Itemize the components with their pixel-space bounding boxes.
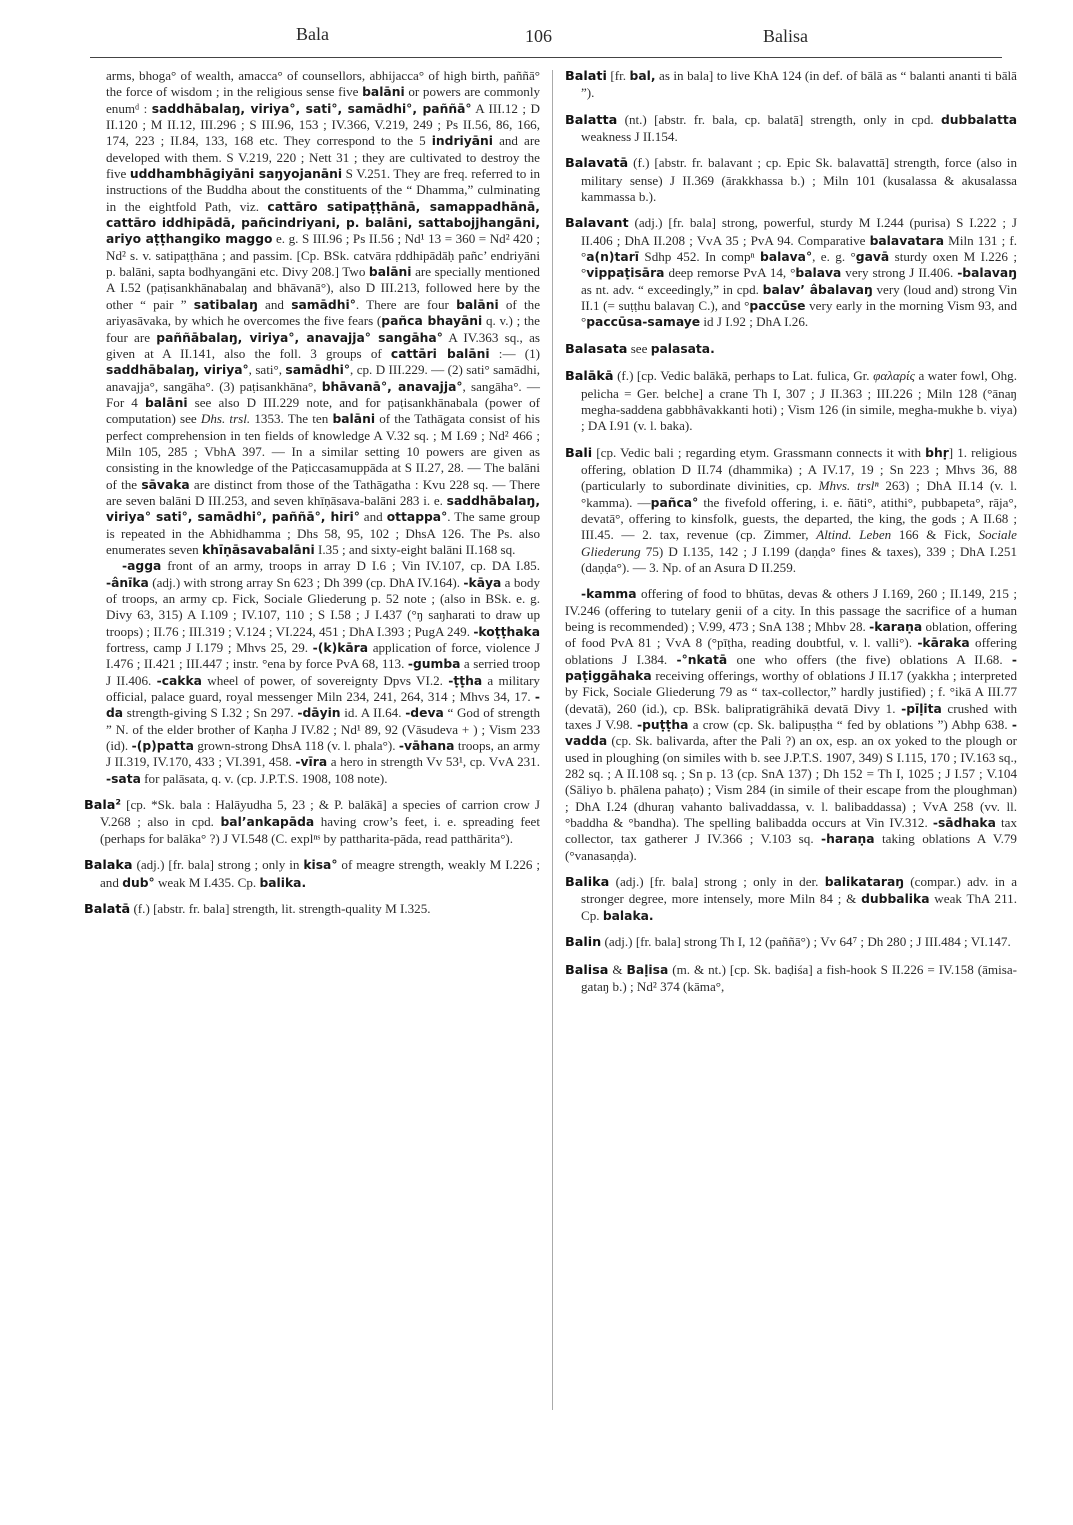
bold-term: dubbalatta bbox=[941, 113, 1017, 127]
dictionary-entry: Balisa & Baḷisa (m. & nt.) [cp. Sk. baḍi… bbox=[565, 962, 1017, 996]
bold-term: pañca° bbox=[651, 496, 699, 510]
bold-term: bal’ankapāda bbox=[221, 815, 315, 829]
compound-definition: grown-strong DhsA 118 (v. l. phala°). bbox=[194, 738, 399, 753]
compound-term: -haraṇa bbox=[821, 832, 875, 846]
bold-term: indriyāni bbox=[432, 134, 493, 148]
bold-term: uddhambhāgiyāni saŋyojanāni bbox=[130, 167, 342, 181]
text-run: (f.) [abstr. fr. bala] strength, lit. st… bbox=[130, 901, 430, 916]
text-run: weak M I.435. Cp. bbox=[155, 875, 260, 890]
text-run: 75) D I.135, 142 ; J I.199 (daṇḍa° fines… bbox=[581, 544, 1017, 575]
right-guide-word: Balisa bbox=[763, 26, 808, 47]
bold-term: paccūsa-samaye bbox=[586, 315, 700, 329]
text-run: [fr. bbox=[607, 68, 630, 83]
compound-definition: for palāsata, q. v. (cp. J.P.T.S. 1908, … bbox=[141, 771, 388, 786]
bold-term: balaka. bbox=[603, 909, 654, 923]
compound-definition: front of an army, troops in array D I.6 … bbox=[161, 558, 540, 573]
compound-term: -vīra bbox=[295, 755, 327, 769]
compound-definition: (adj.) with strong array Sn 623 ; Dh 399… bbox=[149, 575, 464, 590]
headword: Balākā bbox=[565, 369, 614, 384]
right-entries: Balati [fr. bal, as in bala] to live KhA… bbox=[565, 68, 1017, 995]
compound-term: -kamma bbox=[581, 587, 637, 601]
text-run: see bbox=[627, 341, 650, 356]
headword: Balisa bbox=[565, 963, 608, 978]
compounds-paragraph: -kamma offering of food to bhūtas, devas… bbox=[565, 586, 1017, 864]
compound-term: -°nkatā bbox=[677, 653, 728, 667]
bold-term: balāni bbox=[145, 396, 188, 410]
bold-term: dubbalika bbox=[861, 892, 929, 906]
headword: Balatta bbox=[565, 113, 617, 128]
compound-term: -vāhana bbox=[399, 739, 455, 753]
text-run: , sati°, bbox=[249, 362, 286, 377]
bold-term: sāvaka bbox=[141, 478, 189, 492]
page-header: Bala 106 Balisa bbox=[90, 24, 1000, 54]
compound-term: -kāya bbox=[463, 576, 501, 590]
compound-term: -karaṇa bbox=[869, 620, 922, 634]
dictionary-entry: Balākā (f.) [cp. Vedic balākā, perhaps t… bbox=[565, 368, 1017, 434]
bold-term: balava° bbox=[760, 250, 812, 264]
page-number: 106 bbox=[525, 26, 552, 47]
text-run: 1353. The ten bbox=[250, 411, 332, 426]
text-run: (nt.) [abstr. fr. bala, cp. balatā] stre… bbox=[617, 112, 941, 127]
headword: Balaka bbox=[84, 858, 133, 873]
compound-definition: one who offers (the five) oblations A II… bbox=[727, 652, 1012, 667]
dictionary-entry: Bala² [cp. *Sk. bala : Halāyudha 5, 23 ;… bbox=[84, 797, 540, 847]
bold-term: ottappa° bbox=[387, 510, 448, 524]
headword: Bali bbox=[565, 446, 592, 461]
left-guide-word: Bala bbox=[296, 24, 329, 45]
bold-term: balāni bbox=[369, 265, 412, 279]
entry-body: arms, bhoga° of wealth, amacca° of couns… bbox=[106, 68, 540, 558]
text-run: and bbox=[360, 509, 387, 524]
italic-term: Mhvs. trslⁿ bbox=[819, 478, 879, 493]
compound-definition: strength-giving S I.32 ; Sn 297. bbox=[123, 705, 297, 720]
column-divider bbox=[552, 70, 553, 1410]
headword: Balasata bbox=[565, 342, 627, 357]
text-run: [cp. Vedic bali ; regarding etym. Grassm… bbox=[592, 445, 925, 460]
left-entries: Bala² [cp. *Sk. bala : Halāyudha 5, 23 ;… bbox=[106, 797, 540, 918]
text-run: . There are four bbox=[356, 297, 456, 312]
text-run: Dhs. trsl. bbox=[201, 411, 250, 426]
text-run: 166 & Fick, bbox=[891, 527, 978, 542]
text-run: deep remorse PvA 14, ° bbox=[664, 265, 795, 280]
bold-term: bhāvanā°, anavajja° bbox=[322, 380, 463, 394]
compound-definition: wheel of power, of sovereignty Dpvs VI.2… bbox=[202, 673, 448, 688]
bold-term: kisa° bbox=[303, 858, 337, 872]
dictionary-entry: Balavant (adj.) [fr. bala] strong, power… bbox=[565, 215, 1017, 330]
dictionary-entry: Balasata see palasata. bbox=[565, 341, 1017, 358]
compound-term: -deva bbox=[405, 706, 444, 720]
compound-term: -dāyin bbox=[297, 706, 340, 720]
bold-term: satibalaŋ bbox=[194, 298, 258, 312]
bold-term: balāni bbox=[332, 412, 375, 426]
dictionary-entry: Balaka (adj.) [fr. bala] strong ; only i… bbox=[84, 857, 540, 891]
headword: Balavant bbox=[565, 216, 629, 231]
compound-term: -cakka bbox=[157, 674, 202, 688]
compound-term: -pīḷita bbox=[901, 702, 942, 716]
text-run: (adj.) [fr. bala] strong Th I, 12 (paññā… bbox=[601, 934, 1010, 949]
headword: Balika bbox=[565, 875, 609, 890]
compound-definition: a hero in strength Vv 53¹, cp. VvA 231. bbox=[327, 754, 540, 769]
text-run: (f.) [cp. Vedic balākā, perhaps to Lat. … bbox=[614, 368, 874, 383]
bold-term: palasata. bbox=[651, 342, 715, 356]
text-run: (f.) [abstr. fr. balavant ; cp. Epic Sk.… bbox=[581, 155, 1017, 204]
dictionary-entry: Balika (adj.) [fr. bala] strong ; only i… bbox=[565, 874, 1017, 924]
text-run: as nt. adv. “ exceedingly,” in cpd. bbox=[581, 282, 763, 297]
bold-term: dub° bbox=[122, 876, 155, 890]
dictionary-entry: Balatta (nt.) [abstr. fr. bala, cp. bala… bbox=[565, 112, 1017, 146]
headword: Balati bbox=[565, 69, 607, 84]
bold-term: -balavaŋ bbox=[957, 266, 1017, 280]
bold-term: samādhi° bbox=[291, 298, 356, 312]
italic-term: Altind. Leben bbox=[816, 527, 891, 542]
compound-term: -sata bbox=[106, 772, 141, 786]
bold-term: gavā bbox=[856, 250, 889, 264]
bold-term: paccūse bbox=[749, 299, 805, 313]
dictionary-entry: Balin (adj.) [fr. bala] strong Th I, 12 … bbox=[565, 934, 1017, 951]
compound-term: -(k)kāra bbox=[313, 641, 368, 655]
bold-term: balāni bbox=[456, 298, 499, 312]
headword: Bala² bbox=[84, 798, 121, 813]
bold-term: cattāri balāni bbox=[391, 347, 490, 361]
text-run: weakness J II.154. bbox=[581, 129, 678, 144]
bold-term: khīṇāsavabalāni bbox=[202, 543, 315, 557]
italic-term: φαλαρίς bbox=[873, 368, 915, 383]
right-column: Balati [fr. bal, as in bala] to live KhA… bbox=[565, 68, 1017, 1005]
text-run: :— (1) bbox=[490, 346, 540, 361]
text-run: Sdhp 452. In compⁿ bbox=[639, 249, 760, 264]
bold-term: Baḷisa bbox=[627, 963, 669, 977]
dictionary-entry: Bali [cp. Vedic bali ; regarding etym. G… bbox=[565, 445, 1017, 577]
compounds-paragraph: -agga front of an army, troops in array … bbox=[106, 558, 540, 787]
compound-term: -ânīka bbox=[106, 576, 149, 590]
bold-term: bhṛ bbox=[925, 446, 949, 460]
text-run: (adj.) [fr. bala] strong ; only in bbox=[133, 857, 304, 872]
compound-term: -puṭṭha bbox=[637, 718, 688, 732]
bold-term: saddhābalaŋ, viriya°, sati°, samādhi°, p… bbox=[152, 102, 472, 116]
compound-term: -agga bbox=[122, 559, 161, 573]
compound-term: -(p)patta bbox=[132, 739, 194, 753]
headword: Balin bbox=[565, 935, 601, 950]
dictionary-entry: Balatā (f.) [abstr. fr. bala] strength, … bbox=[84, 901, 540, 918]
bold-term: balikataraŋ bbox=[825, 875, 904, 889]
text-run: , e. g. ° bbox=[812, 249, 856, 264]
left-column: arms, bhoga° of wealth, amacca° of couns… bbox=[106, 68, 540, 928]
bold-term: pañca bhayāni bbox=[381, 314, 482, 328]
compound-term: -kāraka bbox=[917, 636, 969, 650]
compound-definition: fortress, camp J I.179 ; Mhvs 25, 29. bbox=[106, 640, 313, 655]
text-run: (adj.) [fr. bala] strong ; only in der. bbox=[609, 874, 824, 889]
bold-term: balavatara bbox=[870, 234, 944, 248]
compound-term: -gumba bbox=[408, 657, 461, 671]
compound-term: -sādhaka bbox=[933, 816, 996, 830]
headword: Balatā bbox=[84, 902, 130, 917]
compound-definition: id. A II.64. bbox=[341, 705, 406, 720]
text-run: & bbox=[608, 962, 626, 977]
bold-term: vippaṭisāra bbox=[586, 266, 664, 280]
bold-term: balika. bbox=[259, 876, 306, 890]
bold-term: balav’ âbalavaŋ bbox=[763, 283, 873, 297]
bold-term: balava bbox=[795, 266, 841, 280]
entry-bala1-continued: arms, bhoga° of wealth, amacca° of couns… bbox=[106, 68, 540, 787]
bold-term: paññābalaŋ, viriya°, anavajja° sangāha° bbox=[156, 331, 443, 345]
text-run: very strong J II.406. bbox=[841, 265, 957, 280]
bold-term: balāni bbox=[362, 85, 405, 99]
text-run: I.35 ; and sixty-eight balāni II.168 sq. bbox=[315, 542, 516, 557]
bold-term: a(n)tarī bbox=[586, 250, 639, 264]
bold-term: samādhi° bbox=[285, 363, 350, 377]
headword: Balavatā bbox=[565, 156, 628, 171]
text-run: id J I.92 ; DhA I.26. bbox=[700, 314, 808, 329]
dictionary-entry: Balavatā (f.) [abstr. fr. balavant ; cp.… bbox=[565, 155, 1017, 205]
text-run: and bbox=[258, 297, 291, 312]
header-rule bbox=[90, 57, 1002, 58]
bold-term: bal, bbox=[630, 69, 656, 83]
compound-term: -ṭṭha bbox=[448, 674, 482, 688]
bold-term: saddhābalaŋ, viriya° bbox=[106, 363, 249, 377]
dictionary-entry: Balati [fr. bal, as in bala] to live KhA… bbox=[565, 68, 1017, 102]
compound-definition: a crow (cp. Sk. balipuṣṭha “ fed by obla… bbox=[688, 717, 1011, 732]
compound-term: -koṭṭhaka bbox=[473, 625, 540, 639]
